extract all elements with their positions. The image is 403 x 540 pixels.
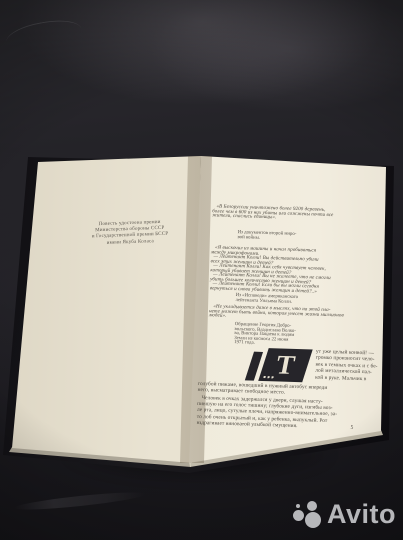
photo-vignette <box>0 0 403 540</box>
avito-wordmark: Avito <box>327 500 396 528</box>
avito-watermark: Avito <box>293 500 396 529</box>
photo-of-open-book: Повесть удостоена премии Министерства об… <box>0 0 403 540</box>
avito-logo-icon <box>293 500 323 529</box>
